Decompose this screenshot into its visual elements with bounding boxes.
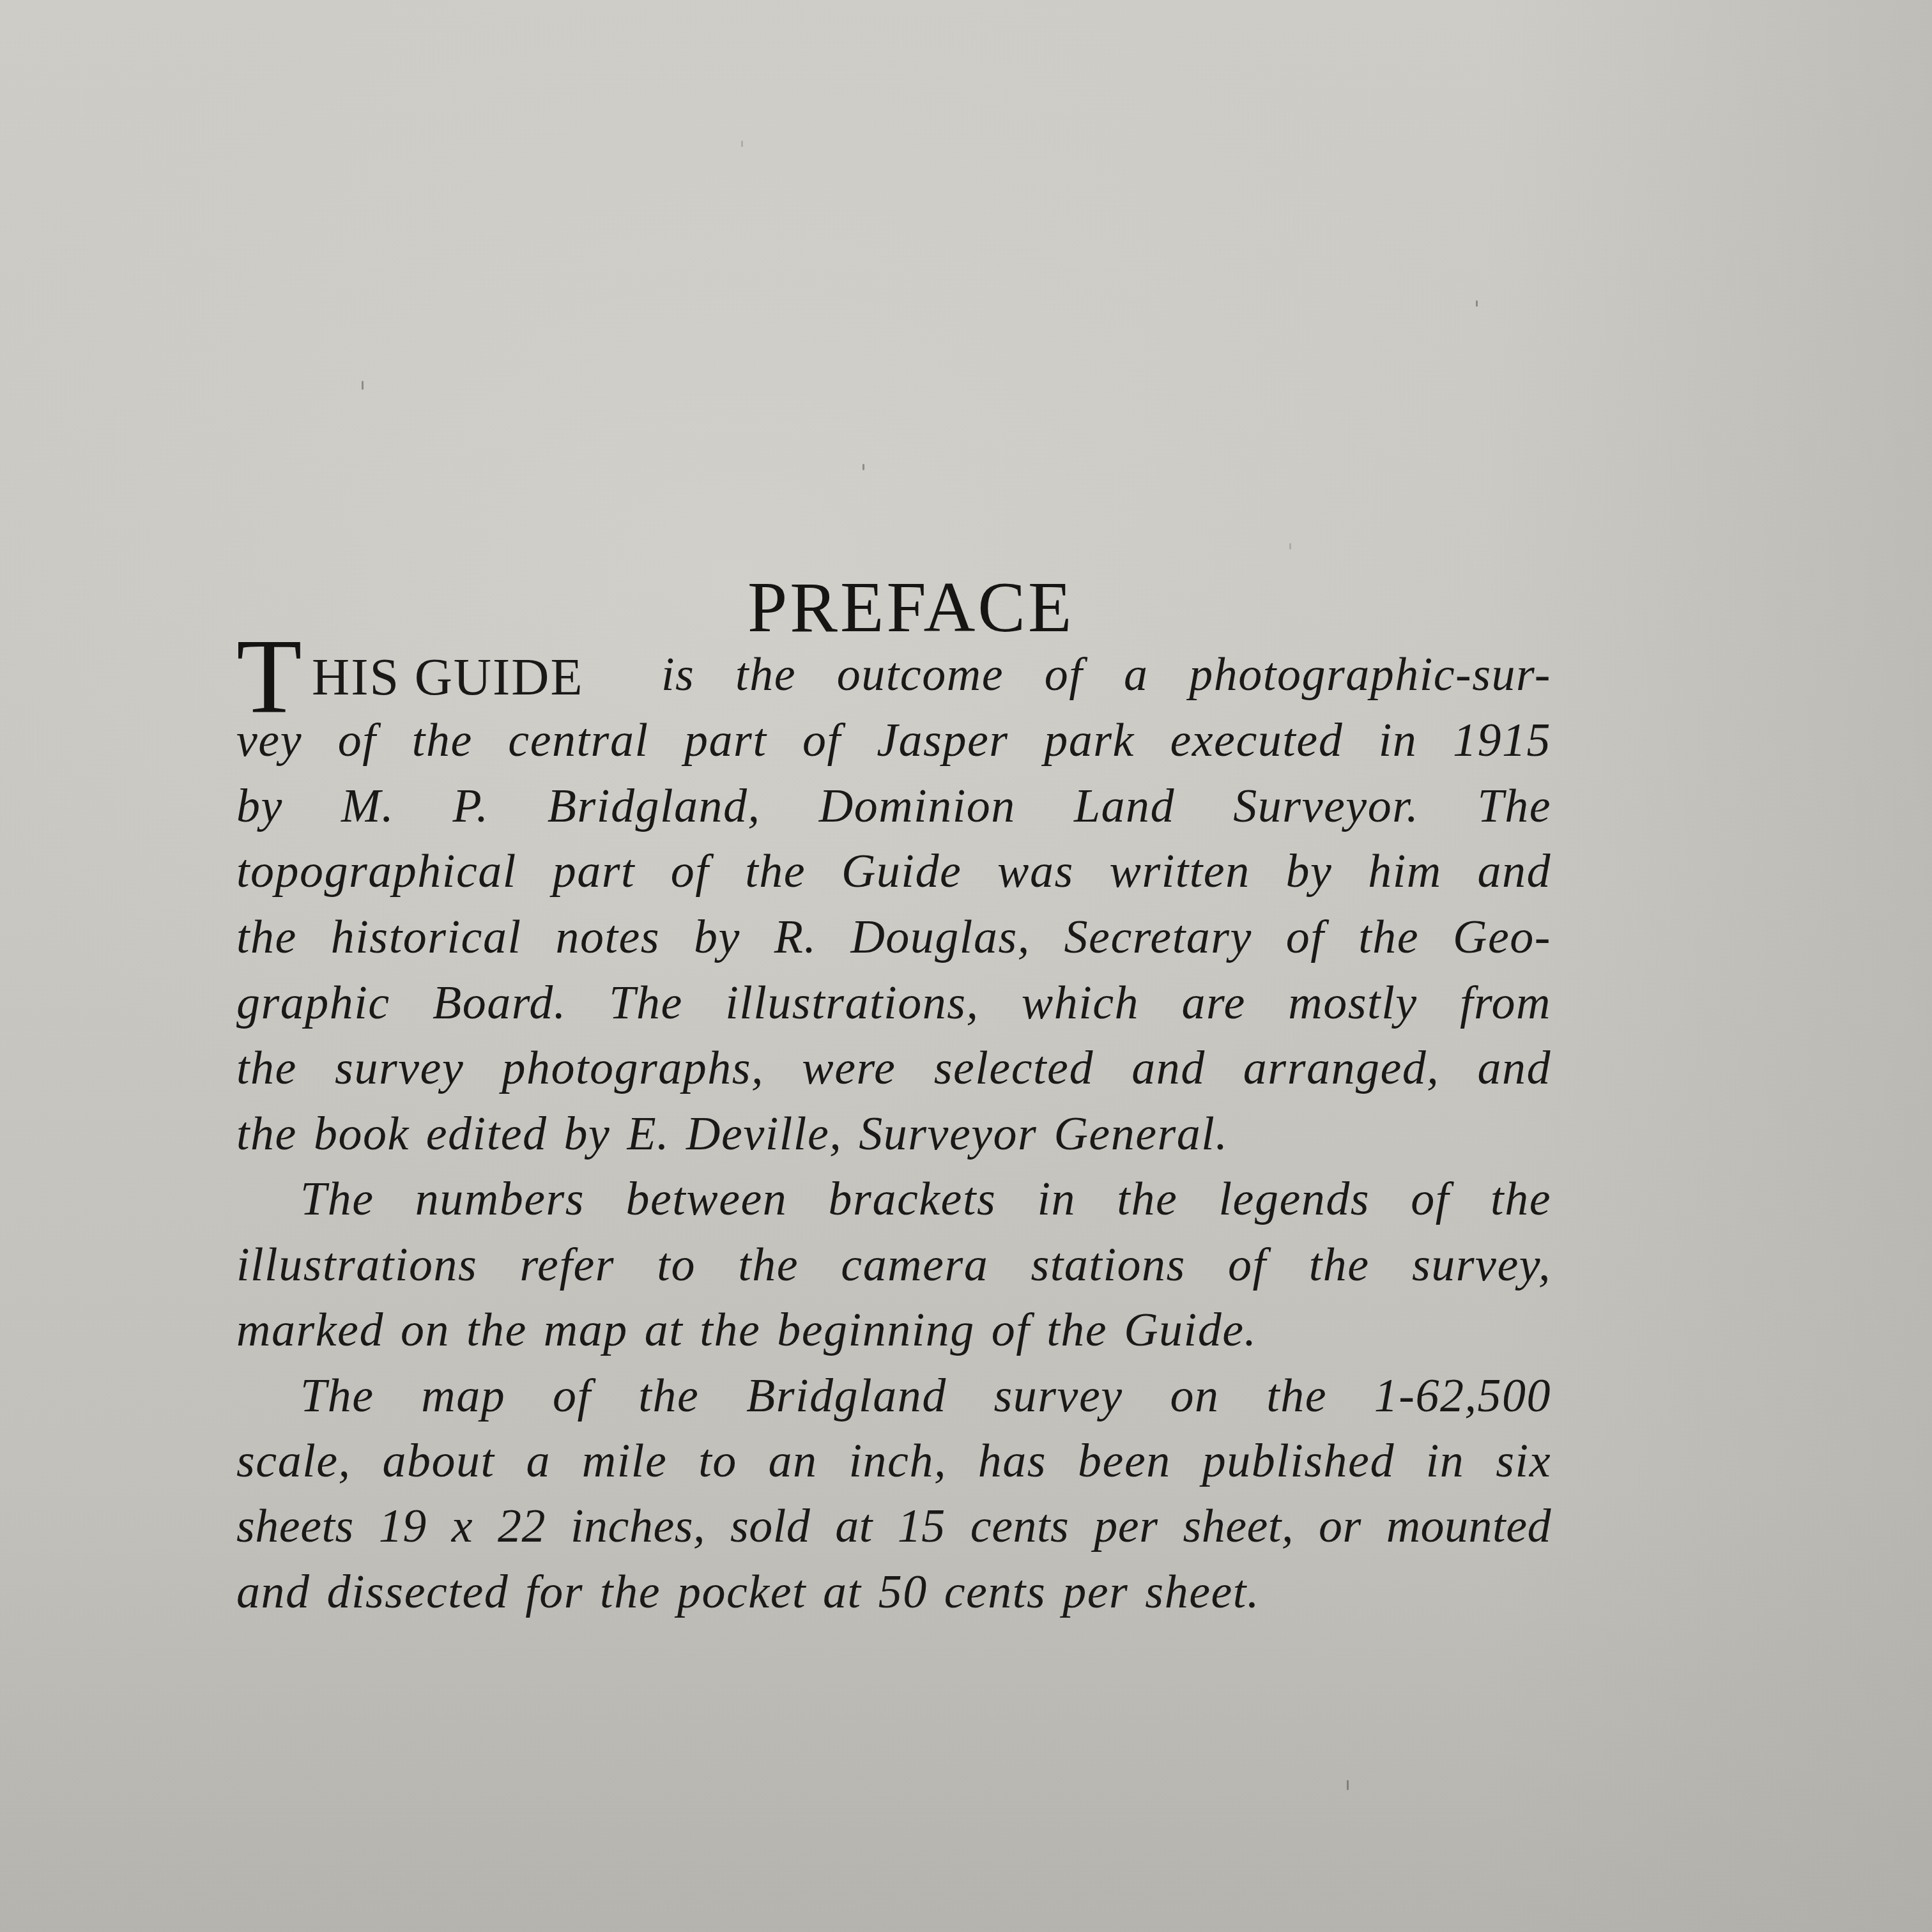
text-line: topographical part of the Guide was writ… — [236, 848, 1551, 895]
opening-line: T HIS GUIDE is the outcome of a photogra… — [236, 623, 1551, 706]
text-line: the book edited by E. Deville, Surveyor … — [236, 1110, 1551, 1158]
page-edge-shadow — [1485, 0, 1932, 1932]
text-line: by M. P. Bridgland, Dominion Land Survey… — [236, 783, 1551, 830]
text-line: is the outcome of a photographic-sur- — [661, 651, 1551, 698]
text-line: illustrations refer to the camera statio… — [236, 1241, 1551, 1289]
text-line: marked on the map at the beginning of th… — [236, 1307, 1551, 1354]
text-line: and dissected for the pocket at 50 cents… — [236, 1568, 1551, 1616]
text-line: graphic Board. The illustrations, which … — [236, 979, 1551, 1027]
paper-speck — [862, 464, 864, 470]
text-line: The map of the Bridgland survey on the 1… — [300, 1372, 1551, 1420]
paper-speck — [1347, 1780, 1349, 1790]
paper-speck — [362, 381, 364, 390]
text-line: the survey photographs, were selected an… — [236, 1045, 1551, 1092]
paper-speck — [741, 141, 743, 147]
text-line: the historical notes by R. Douglas, Secr… — [236, 914, 1551, 961]
text-line: vey of the central part of Jasper park e… — [236, 717, 1551, 764]
text-line: The numbers between brackets in the lege… — [300, 1176, 1551, 1223]
lead-small-caps: HIS GUIDE — [312, 651, 584, 703]
paper-speck — [1289, 543, 1291, 549]
paper-speck — [1476, 300, 1478, 307]
text-line: scale, about a mile to an inch, has been… — [236, 1437, 1551, 1485]
text-line: sheets 19 x 22 inches, sold at 15 cents … — [236, 1503, 1551, 1550]
